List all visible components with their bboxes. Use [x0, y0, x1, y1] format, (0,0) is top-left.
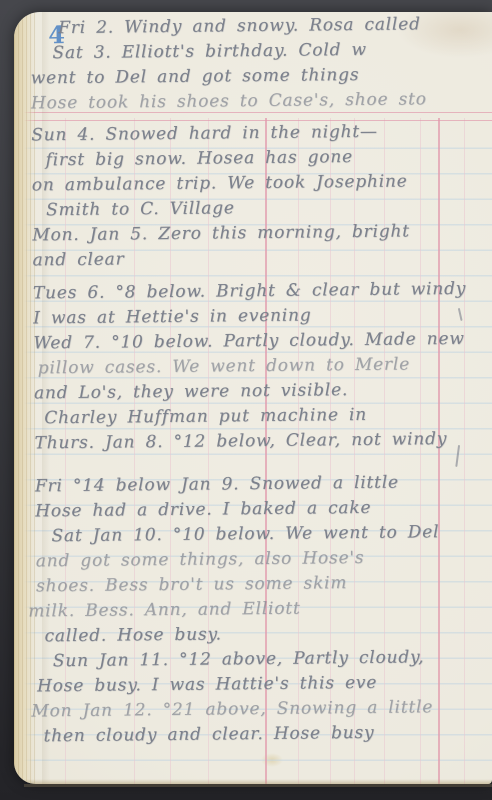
- handwritten-line: then cloudy and clear. Hose busy: [43, 720, 492, 750]
- handwritten-line: Hose took his shoes to Case's, shoe sto: [31, 87, 489, 117]
- notebook-page: 4 Fri 2. Windy and snowy. Rosa calledSat…: [14, 12, 492, 784]
- photo-background: 4 Fri 2. Windy and snowy. Rosa calledSat…: [0, 0, 492, 800]
- handwritten-line: and clear: [32, 244, 490, 274]
- handwriting-header: Fri 2. Windy and snowy. Rosa calledSat 3…: [28, 12, 489, 116]
- handwritten-line: Thurs. Jan 8. °12 below, Clear, not wind…: [34, 427, 492, 457]
- handwriting: 4 Fri 2. Windy and snowy. Rosa calledSat…: [28, 12, 492, 784]
- handwritten-line: Mon Jan 12. °21 above, Snowing a little: [31, 695, 492, 725]
- handwritten-line: milk. Bess. Ann, and Elliott: [28, 595, 492, 625]
- handwritten-line: pillow cases. We went down to Merle: [38, 352, 492, 382]
- handwriting-body: Sun 4. Snowed hard in the night—first bi…: [29, 119, 492, 750]
- under-page-edge: [24, 784, 492, 787]
- handwritten-line: Tues 6. °8 below. Bright & clear but win…: [33, 277, 491, 307]
